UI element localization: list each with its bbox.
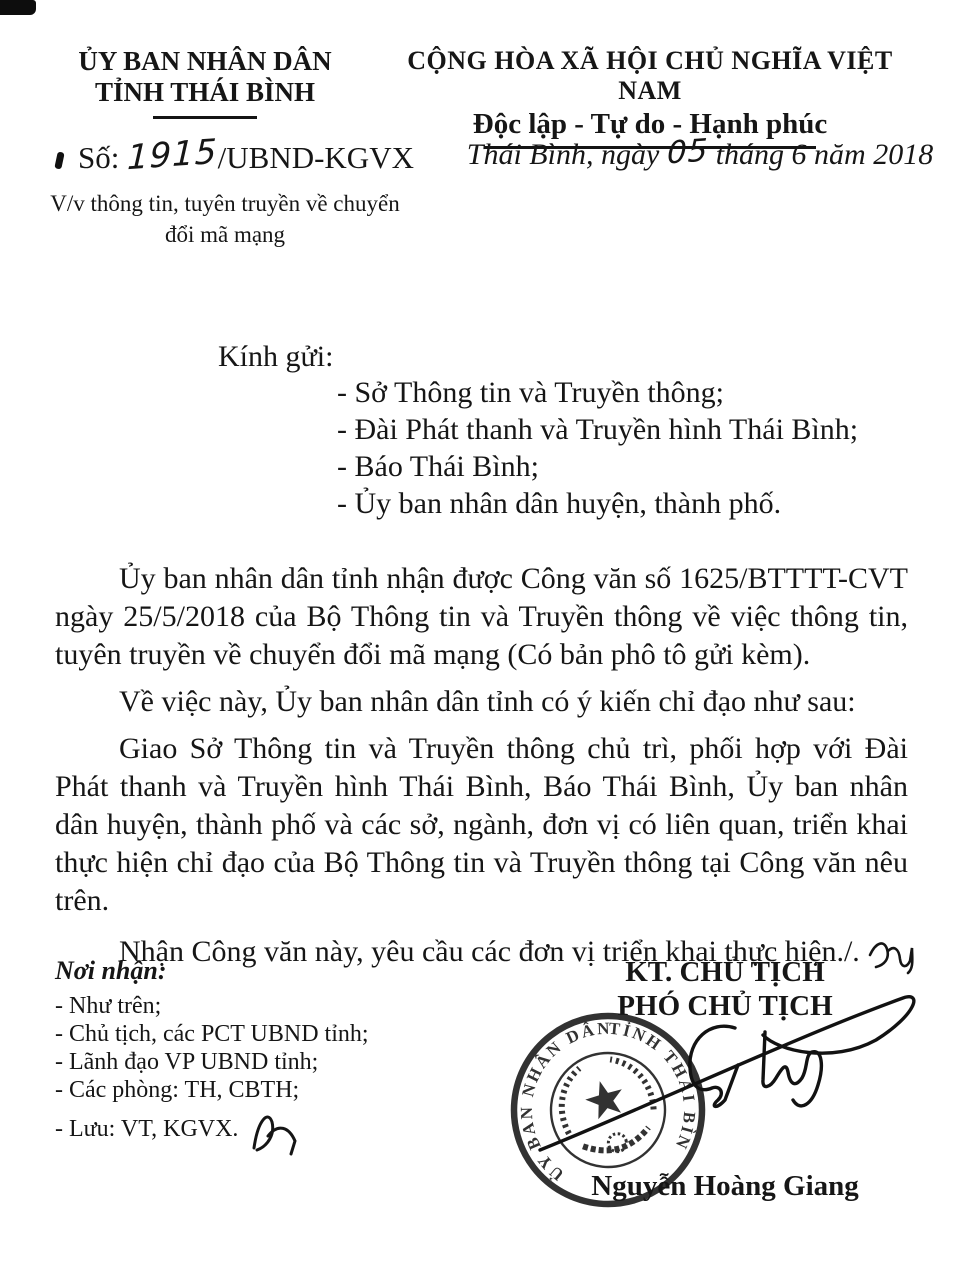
noi-nhan-item: - Lãnh đạo VP UBND tỉnh; (55, 1048, 369, 1076)
signer-name: Nguyễn Hoàng Giang (520, 1170, 930, 1203)
date-day-handwritten: 05 (666, 135, 708, 169)
scan-artifact-speck (54, 151, 64, 169)
national-header-block: CỘNG HÒA XÃ HỘI CHỦ NGHĨA VIỆT NAM Độc l… (385, 46, 915, 149)
official-letter-page: ỦY BAN NHÂN DÂN TỈNH THÁI BÌNH CỘNG HÒA … (0, 0, 960, 1266)
subject-block: V/v thông tin, tuyên truyền về chuyển đổ… (50, 188, 400, 250)
recipient-item: - Báo Thái Bình; (337, 448, 858, 485)
noi-nhan-block: Nơi nhận: - Như trên; - Chủ tịch, các PC… (55, 956, 369, 1158)
scan-artifact-corner (0, 0, 36, 15)
noi-nhan-heading: Nơi nhận: (55, 956, 369, 986)
recipient-item: - Đài Phát thanh và Truyền hình Thái Bìn… (337, 411, 858, 448)
letter-body: Ủy ban nhân dân tỉnh nhận được Công văn … (55, 560, 908, 984)
body-paragraph-3: Giao Sở Thông tin và Truyền thông chủ tr… (55, 730, 908, 920)
noi-nhan-item: - Lưu: VT, KGVX. (55, 1104, 369, 1158)
noi-nhan-item: - Các phòng: TH, CBTH; (55, 1076, 369, 1104)
handwritten-initials-luu (244, 1104, 302, 1158)
subject-line1: V/v thông tin, tuyên truyền về chuyển (50, 188, 400, 219)
body-paragraph-2: Về việc này, Ủy ban nhân dân tỉnh có ý k… (55, 683, 908, 721)
recipient-list: - Sở Thông tin và Truyền thông; - Đài Ph… (337, 374, 858, 522)
noi-nhan-list: - Như trên; - Chủ tịch, các PCT UBND tỉn… (55, 992, 369, 1158)
salutation-label: Kính gửi: (218, 340, 333, 374)
date-prefix: Thái Bình, ngày (467, 138, 667, 171)
recipient-item: - Ủy ban nhân dân huyện, thành phố. (337, 485, 858, 522)
issuing-authority-line1: ỦY BAN NHÂN DÂN (55, 46, 355, 77)
noi-nhan-item: - Như trên; (55, 992, 369, 1020)
date-suffix: tháng 6 năm 2018 (708, 138, 933, 171)
national-header-line2: Độc lập - Tự do - Hạnh phúc (385, 106, 915, 142)
date-line: Thái Bình, ngày 05 tháng 6 năm 2018 (450, 138, 950, 172)
signature-scrawl (520, 985, 932, 1157)
noi-nhan-item-text: - Lưu: VT, KGVX. (55, 1116, 238, 1142)
document-number-line: Số: 1915/UBND-KGVX (78, 140, 414, 176)
document-number-label: Số: (78, 140, 127, 175)
recipient-item: - Sở Thông tin và Truyền thông; (337, 374, 858, 411)
body-paragraph-1: Ủy ban nhân dân tỉnh nhận được Công văn … (55, 560, 908, 674)
noi-nhan-item: - Chủ tịch, các PCT UBND tỉnh; (55, 1020, 369, 1048)
issuing-authority-line2: TỈNH THÁI BÌNH (55, 77, 355, 108)
document-number-suffix: /UBND-KGVX (218, 140, 414, 175)
subject-line2: đổi mã mạng (50, 219, 400, 250)
document-number-handwritten: 1915 (127, 135, 219, 175)
issuing-authority-block: ỦY BAN NHÂN DÂN TỈNH THÁI BÌNH (55, 46, 355, 119)
national-header-line1: CỘNG HÒA XÃ HỘI CHỦ NGHĨA VIỆT NAM (385, 46, 915, 106)
header-left-underline (153, 116, 257, 119)
